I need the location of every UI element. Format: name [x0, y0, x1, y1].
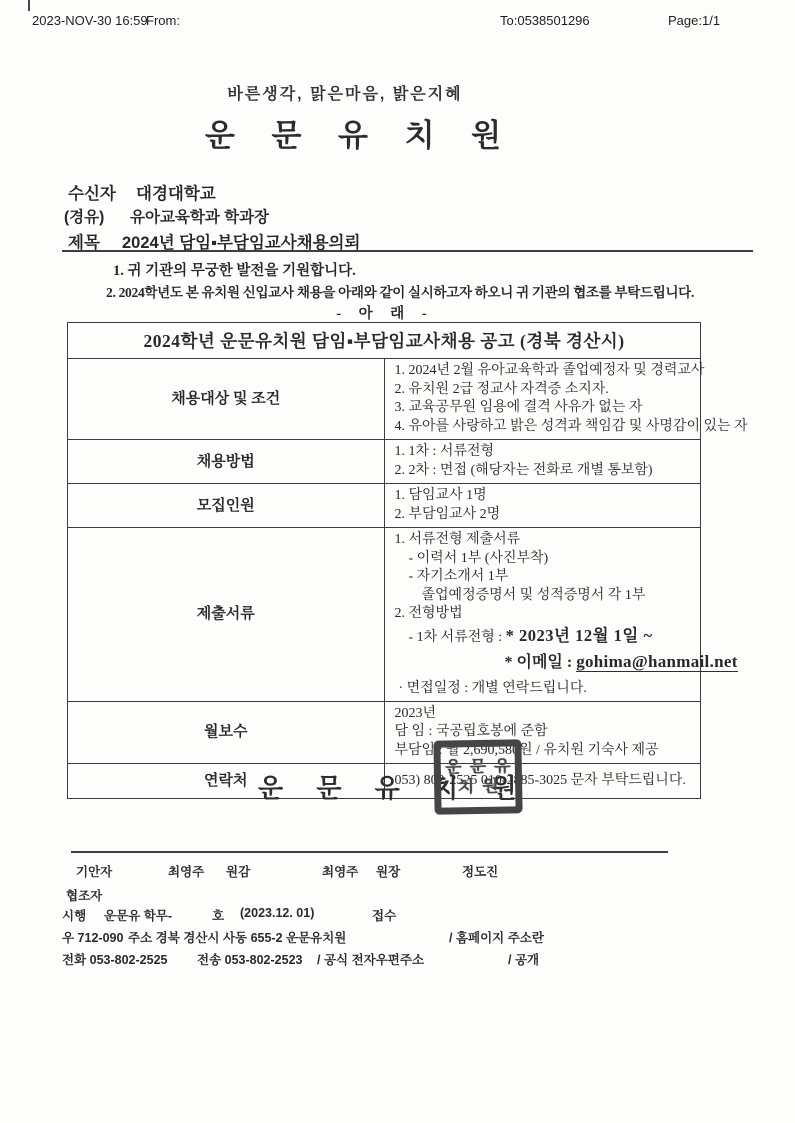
screening-prefix: - 1차 서류전형 :	[409, 630, 506, 645]
eligibility-item: 1. 2024년 2월 유아교육학과 졸업예정자 및 경력교사	[395, 362, 691, 381]
documents-item: 졸업예정증명서 및 성적증명서 각 1부	[395, 587, 691, 606]
homepage-note: / 홈페이지 주소란	[449, 928, 544, 946]
row-label-documents: 제출서류	[68, 528, 385, 702]
issuance-doc-ref: 운문유 학무-	[104, 906, 172, 924]
row-content-salary: 2023년 담 임 : 국공립호봉에 준함 부담임 : 월 2,690,580원…	[384, 701, 701, 764]
row-label-method: 채용방법	[68, 440, 385, 484]
drafter-name: 최영주	[168, 862, 204, 880]
recipient-label: 수신자	[68, 180, 116, 204]
screening-date: * 2023년 12월 1일 ~	[506, 626, 653, 645]
row-label-positions: 모집인원	[68, 484, 385, 528]
documents-item: 1. 서류전형 제출서류	[395, 531, 691, 550]
fax-datetime: 2023-NOV-30 16:59	[32, 13, 148, 28]
row-content-documents: 1. 서류전형 제출서류 - 이력서 1부 (사진부착) - 자기소개서 1부 …	[384, 528, 701, 702]
via-value: 유아교육학과 학과장	[130, 205, 269, 227]
eligibility-item: 4. 유아를 사랑하고 밝은 성격과 책임감 및 사명감이 있는 자	[395, 418, 691, 437]
cooperator-label: 협조자	[66, 886, 102, 904]
official-email-note: / 공식 전자우편주소	[317, 950, 424, 968]
table-row-documents: 제출서류 1. 서류전형 제출서류 - 이력서 1부 (사진부착) - 자기소개…	[68, 528, 701, 702]
phone-number: 전화 053-802-2525	[62, 950, 167, 968]
seal-char: 유	[490, 757, 515, 776]
issuance-date: (2023.12. 01)	[240, 906, 314, 920]
table-row-eligibility: 채용대상 및 조건 1. 2024년 2월 유아교육학과 졸업예정자 및 경력교…	[68, 359, 701, 440]
seal-char: 치	[454, 777, 479, 796]
email-label: * 이메일 :	[505, 654, 577, 671]
scan-corner-mark	[28, 0, 30, 11]
fax-document-page: 2023-NOV-30 16:59 From: To:0538501296 Pa…	[0, 0, 795, 1123]
table-row-positions: 모집인원 1. 담임교사 1명 2. 부담임교사 2명	[68, 484, 701, 528]
email-line: * 이메일 : gohima@hanmail.net	[395, 650, 691, 675]
email-address: gohima@hanmail.net	[576, 652, 737, 672]
seal-char: 원	[478, 777, 503, 796]
org-address: 주소 경북 경산시 사동 655-2 운문유치원	[128, 928, 346, 946]
screening-schedule-line: - 1차 서류전형 : * 2023년 12월 1일 ~	[395, 624, 691, 650]
postal-code: 우 712-090	[62, 928, 123, 946]
recruitment-notice-table: 2024학년 운문유치원 담임▪부담임교사채용 공고 (경북 경산시) 채용대상…	[67, 322, 701, 799]
body-request: 2. 2024학년도 본 유치원 신입교사 채용을 아래와 같이 실시하고자 하…	[106, 281, 694, 301]
drafter-label: 기안자	[76, 862, 112, 880]
fax-from-label: From:	[146, 13, 180, 28]
row-label-salary: 월보수	[68, 701, 385, 764]
recipient-value: 대경대학교	[136, 180, 216, 204]
below-marker: - 아 래 -	[0, 302, 770, 323]
row-content-positions: 1. 담임교사 1명 2. 부담임교사 2명	[384, 484, 701, 528]
fax-number: 전송 053-802-2523	[197, 950, 302, 968]
salary-item: 담 임 : 국공립호봉에 준함	[395, 723, 691, 742]
seal-char: 운	[441, 758, 466, 777]
interview-note: · 면접일정 : 개별 연락드립니다.	[395, 679, 691, 698]
documents-item: - 이력서 1부 (사진부착)	[395, 550, 691, 569]
method-item: 1. 1차 : 서류전형	[395, 443, 691, 462]
approval-divider-rule	[71, 851, 668, 853]
documents-item: - 자기소개서 1부	[395, 568, 691, 587]
deputy-name: 최영주	[322, 862, 358, 880]
table-row-method: 채용방법 1. 1차 : 서류전형 2. 2차 : 면접 (해당자는 전화로 개…	[68, 440, 701, 484]
issuance-label: 시행	[62, 906, 86, 924]
method-item: 2. 2차 : 면접 (해당자는 전화로 개별 통보함)	[395, 462, 691, 481]
documents-item: 2. 전형방법	[395, 605, 691, 624]
table-title: 2024학년 운문유치원 담임▪부담임교사채용 공고 (경북 경산시)	[68, 323, 701, 359]
salary-item: 2023년	[395, 705, 691, 724]
eligibility-item: 3. 교육공무원 임용에 결격 사유가 없는 자	[395, 399, 691, 418]
body-greeting: 1. 귀 기관의 무궁한 발전을 기원합니다.	[113, 259, 356, 280]
row-content-method: 1. 1차 : 서류전형 2. 2차 : 면접 (해당자는 전화로 개별 통보함…	[384, 440, 701, 484]
eligibility-item: 2. 유치원 2급 정교사 자격증 소지자.	[395, 381, 691, 400]
positions-item: 1. 담임교사 1명	[395, 487, 691, 506]
row-content-eligibility: 1. 2024년 2월 유아교육학과 졸업예정자 및 경력교사 2. 유치원 2…	[384, 359, 701, 440]
receipt-label: 접수	[372, 906, 396, 924]
director-name: 정도진	[462, 862, 498, 880]
letterhead-slogan: 바른생각, 맑은마음, 밝은지혜	[0, 81, 690, 104]
publish-note: / 공개	[508, 950, 539, 968]
deputy-label: 원감	[226, 862, 250, 880]
fax-page-count: Page:1/1	[668, 13, 720, 28]
row-label-eligibility: 채용대상 및 조건	[68, 359, 385, 440]
official-seal-stamp: 운 문 유 치 원	[433, 739, 522, 815]
issuance-doc-no-suffix: 호	[212, 906, 224, 924]
seal-char: 문	[465, 757, 490, 776]
table-row-salary: 월보수 2023년 담 임 : 국공립호봉에 준함 부담임 : 월 2,690,…	[68, 701, 701, 764]
positions-item: 2. 부담임교사 2명	[395, 506, 691, 525]
table-title-row: 2024학년 운문유치원 담임▪부담임교사채용 공고 (경북 경산시)	[68, 323, 701, 359]
fax-to-number: To:0538501296	[500, 13, 590, 28]
director-label: 원장	[376, 862, 400, 880]
letterhead-org-name: 운 문 유 치 원	[0, 110, 720, 155]
via-label: (경유)	[64, 205, 104, 227]
subject-divider-rule	[62, 250, 753, 252]
